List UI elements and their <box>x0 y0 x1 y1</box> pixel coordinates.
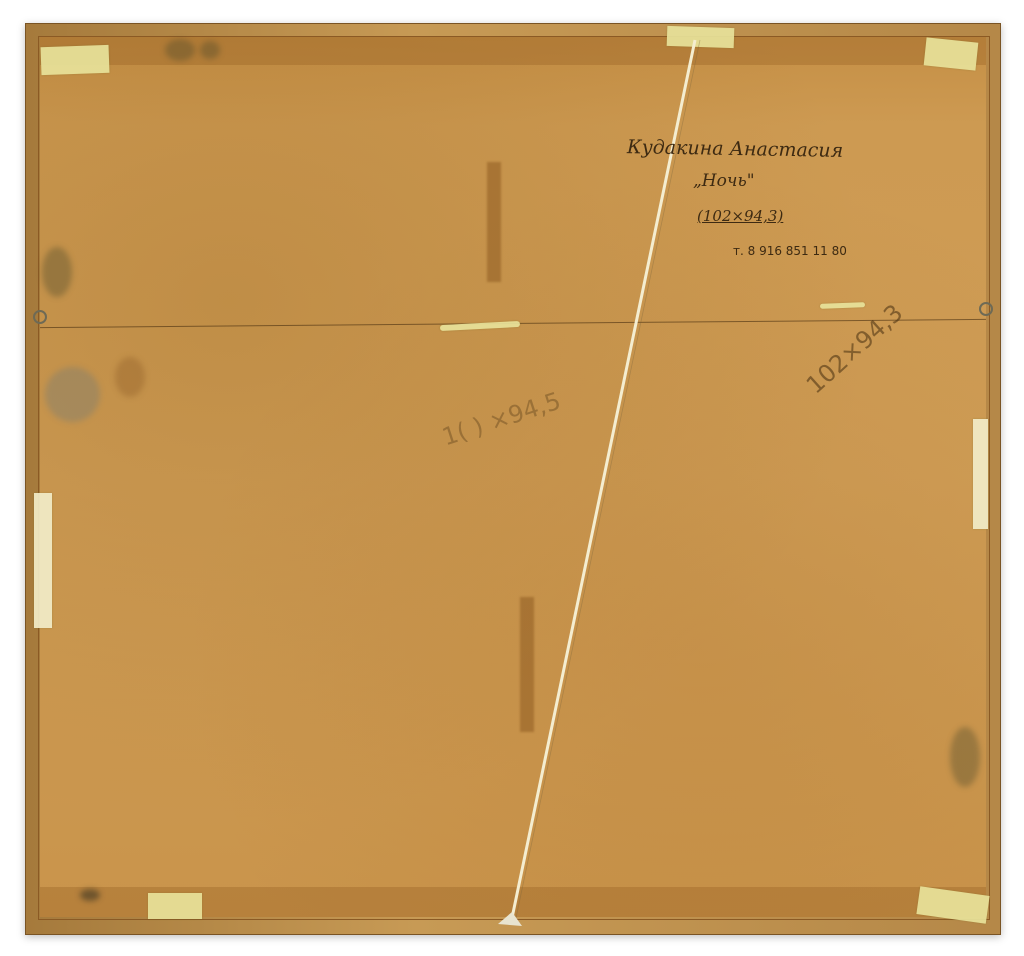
tape-top-right <box>924 37 979 70</box>
tape-top-left <box>41 45 110 75</box>
stain-top-left <box>165 39 195 61</box>
hardboard-backing <box>40 37 986 917</box>
stain-left-edge-2 <box>45 367 100 422</box>
vertical-streak-lower <box>520 597 534 732</box>
artist-name: Кудакина Анастасия <box>627 136 844 162</box>
stain-right-edge <box>950 727 980 787</box>
stain-top-left-2 <box>200 41 220 59</box>
stain-left-edge-3 <box>115 357 145 397</box>
stain-bottom-left <box>80 889 100 901</box>
tape-bottom-left <box>148 893 202 919</box>
painting-title: „Ночь" <box>693 171 755 191</box>
stain-left-edge-1 <box>42 247 72 297</box>
phone-number: т. 8 916 851 11 80 <box>733 244 847 258</box>
right-hanging-hook <box>979 302 993 316</box>
painting-dimensions: (102×94,3) <box>697 207 783 225</box>
tape-top-center <box>667 26 735 48</box>
vertical-streak-upper <box>487 162 501 282</box>
left-hanging-hook <box>33 310 47 324</box>
tape-left-side <box>34 493 52 628</box>
tape-right-side <box>973 419 988 529</box>
